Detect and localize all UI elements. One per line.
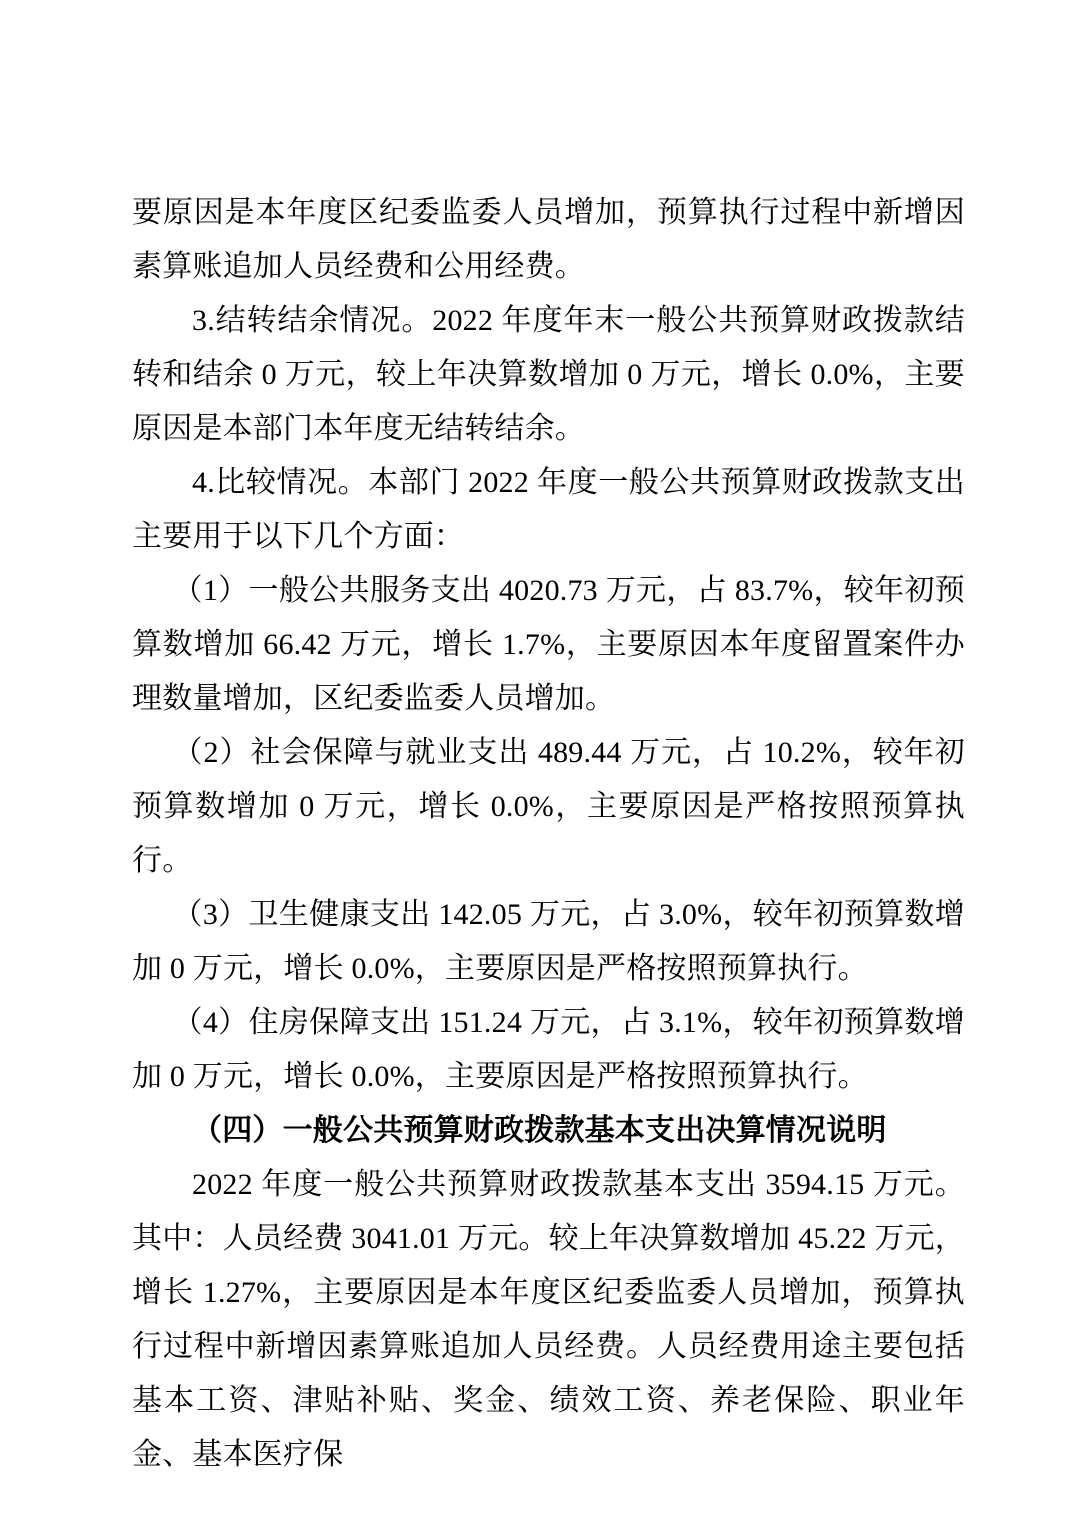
para-item-1-general-public-services: （1）一般公共服务支出 4020.73 万元，占 83.7%，较年初预算数增加 … (132, 564, 965, 726)
para-item-2-social-security-employment: （2）社会保障与就业支出 489.44 万元，占 10.2%，较年初预算数增加 … (132, 726, 965, 888)
heading-section-4-basic-expenditure: （四）一般公共预算财政拨款基本支出决算情况说明 (132, 1104, 965, 1158)
para-item-3-health: （3）卫生健康支出 142.05 万元，占 3.0%，较年初预算数增加 0 万元… (132, 888, 965, 996)
document-text-block: 要原因是本年度区纪委监委人员增加，预算执行过程中新增因素算账追加人员经费和公用经… (132, 186, 965, 1482)
para-4-comparison: 4.比较情况。本部门 2022 年度一般公共预算财政拨款支出主要用于以下几个方面… (132, 456, 965, 564)
para-continuation-personnel-increase: 要原因是本年度区纪委监委人员增加，预算执行过程中新增因素算账追加人员经费和公用经… (132, 186, 965, 294)
para-basic-expenditure-details: 2022 年度一般公共预算财政拨款基本支出 3594.15 万元。其中：人员经费… (132, 1158, 965, 1482)
document-page: 要原因是本年度区纪委监委人员增加，预算执行过程中新增因素算账追加人员经费和公用经… (0, 0, 1074, 1520)
para-3-carryover-balance: 3.结转结余情况。2022 年度年末一般公共预算财政拨款结转和结余 0 万元，较… (132, 294, 965, 456)
para-item-4-housing: （4）住房保障支出 151.24 万元，占 3.1%，较年初预算数增加 0 万元… (132, 996, 965, 1104)
